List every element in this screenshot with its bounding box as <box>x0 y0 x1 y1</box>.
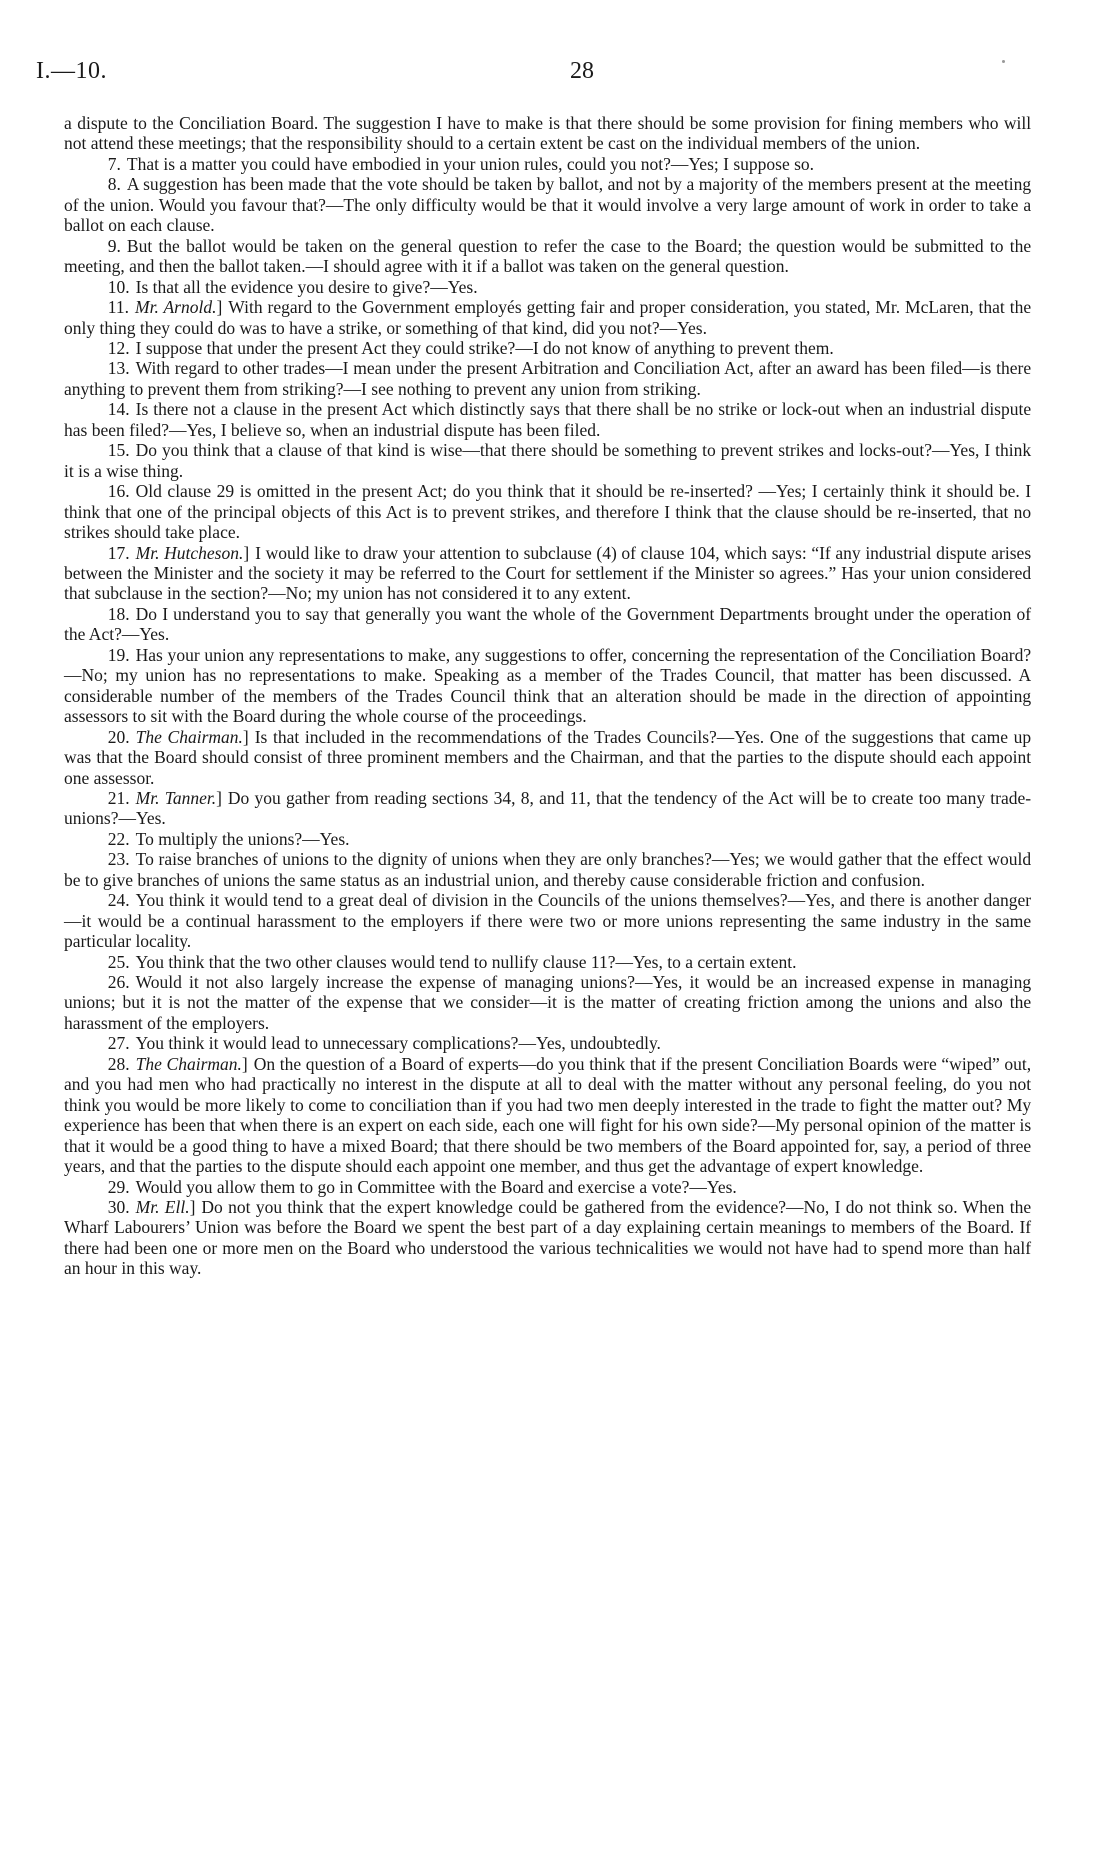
question-14: 14.Is there not a clause in the present … <box>64 399 1031 440</box>
question-number: 11. <box>108 297 129 317</box>
question-15: 15.Do you think that a clause of that ki… <box>64 440 1031 481</box>
paragraph-text: Is there not a clause in the present Act… <box>64 399 1031 439</box>
question-29: 29.Would you allow them to go in Committ… <box>64 1177 1031 1197</box>
document-reference: I.—10. <box>36 58 107 85</box>
question-30: 30.Mr. Ell.]Do not you think that the ex… <box>64 1197 1031 1279</box>
question-27: 27.You think it would lead to unnecessar… <box>64 1033 1031 1053</box>
question-17: 17.Mr. Hutcheson.]I would like to draw y… <box>64 543 1031 604</box>
question-number: 19. <box>108 645 130 665</box>
paragraph-text: You think that the two other clauses wou… <box>136 952 797 972</box>
paragraph-text: Is that all the evidence you desire to g… <box>136 277 478 297</box>
question-16: 16.Old clause 29 is omitted in the prese… <box>64 481 1031 542</box>
paragraph-text: Do I understand you to say that generall… <box>64 604 1031 644</box>
question-12: 12.I suppose that under the present Act … <box>64 338 1031 358</box>
question-number: 28. <box>108 1054 130 1074</box>
question-number: 7. <box>108 154 121 174</box>
question-number: 18. <box>108 604 130 624</box>
speaker-name: The Chairman. <box>136 1054 242 1074</box>
question-number: 10. <box>108 277 130 297</box>
paragraph-text: Has your union any representations to ma… <box>64 645 1031 726</box>
paragraph-continuation: a dispute to the Conciliation Board. The… <box>64 113 1031 154</box>
page-header: I.—10. 28 <box>36 58 1036 88</box>
paragraph-text: Would you allow them to go in Committee … <box>136 1177 737 1197</box>
question-number: 29. <box>108 1177 130 1197</box>
question-number: 14. <box>108 399 130 419</box>
question-number: 30. <box>108 1197 130 1217</box>
paragraph-text: Do you think that a clause of that kind … <box>64 440 1031 480</box>
question-19: 19.Has your union any representations to… <box>64 645 1031 727</box>
question-number: 23. <box>108 849 130 869</box>
speaker-name: Mr. Hutcheson. <box>136 543 244 563</box>
question-number: 27. <box>108 1033 130 1053</box>
question-8: 8.A suggestion has been made that the vo… <box>64 174 1031 235</box>
paragraph-text: That is a matter you could have embodied… <box>127 154 814 174</box>
question-20: 20.The Chairman.]Is that included in the… <box>64 727 1031 788</box>
speaker-name: Mr. Tanner. <box>136 788 216 808</box>
page-number: 28 <box>570 58 594 85</box>
question-23: 23.To raise branches of unions to the di… <box>64 849 1031 890</box>
speaker-name: Mr. Arnold. <box>135 297 216 317</box>
paragraph-text: To raise branches of unions to the digni… <box>64 849 1031 889</box>
question-number: 20. <box>108 727 130 747</box>
question-28: 28.The Chairman.]On the question of a Bo… <box>64 1054 1031 1177</box>
paragraph-text: You think it would tend to a great deal … <box>64 890 1031 951</box>
question-10: 10.Is that all the evidence you desire t… <box>64 277 1031 297</box>
speaker-name: The Chairman. <box>136 727 243 747</box>
paragraph-text: Old clause 29 is omitted in the present … <box>64 481 1031 542</box>
question-number: 8. <box>108 174 121 194</box>
question-24: 24.You think it would tend to a great de… <box>64 890 1031 951</box>
question-number: 17. <box>108 543 130 563</box>
paragraph-text: To multiply the unions?—Yes. <box>136 829 350 849</box>
question-number: 12. <box>108 338 130 358</box>
question-number: 21. <box>108 788 130 808</box>
question-18: 18.Do I understand you to say that gener… <box>64 604 1031 645</box>
paragraph-text: But the ballot would be taken on the gen… <box>64 236 1031 276</box>
question-number: 16. <box>108 481 130 501</box>
question-21: 21.Mr. Tanner.]Do you gather from readin… <box>64 788 1031 829</box>
question-number: 24. <box>108 890 130 910</box>
question-9: 9.But the ballot would be taken on the g… <box>64 236 1031 277</box>
question-25: 25.You think that the two other clauses … <box>64 952 1031 972</box>
paragraph-text: Would it not also largely increase the e… <box>64 972 1031 1033</box>
question-11: 11.Mr. Arnold.]With regard to the Govern… <box>64 297 1031 338</box>
question-number: 22. <box>108 829 130 849</box>
paragraph-text: a dispute to the Conciliation Board. The… <box>64 113 1031 153</box>
paragraph-text: You think it would lead to unnecessary c… <box>136 1033 661 1053</box>
paragraph-text: With regard to other trades—I mean under… <box>64 358 1031 398</box>
speaker-name: Mr. Ell. <box>136 1197 190 1217</box>
scan-speck <box>1002 60 1005 63</box>
question-22: 22.To multiply the unions?—Yes. <box>64 829 1031 849</box>
question-number: 15. <box>108 440 130 460</box>
question-7: 7.That is a matter you could have embodi… <box>64 154 1031 174</box>
paragraph-text: Do not you think that the expert knowled… <box>64 1197 1031 1278</box>
question-number: 9. <box>108 236 121 256</box>
document-body: a dispute to the Conciliation Board. The… <box>64 113 1031 1279</box>
question-number: 26. <box>108 972 130 992</box>
question-26: 26.Would it not also largely increase th… <box>64 972 1031 1033</box>
question-number: 13. <box>108 358 130 378</box>
question-13: 13.With regard to other trades—I mean un… <box>64 358 1031 399</box>
paragraph-text: A suggestion has been made that the vote… <box>64 174 1031 235</box>
question-number: 25. <box>108 952 130 972</box>
paragraph-text: I suppose that under the present Act the… <box>136 338 834 358</box>
